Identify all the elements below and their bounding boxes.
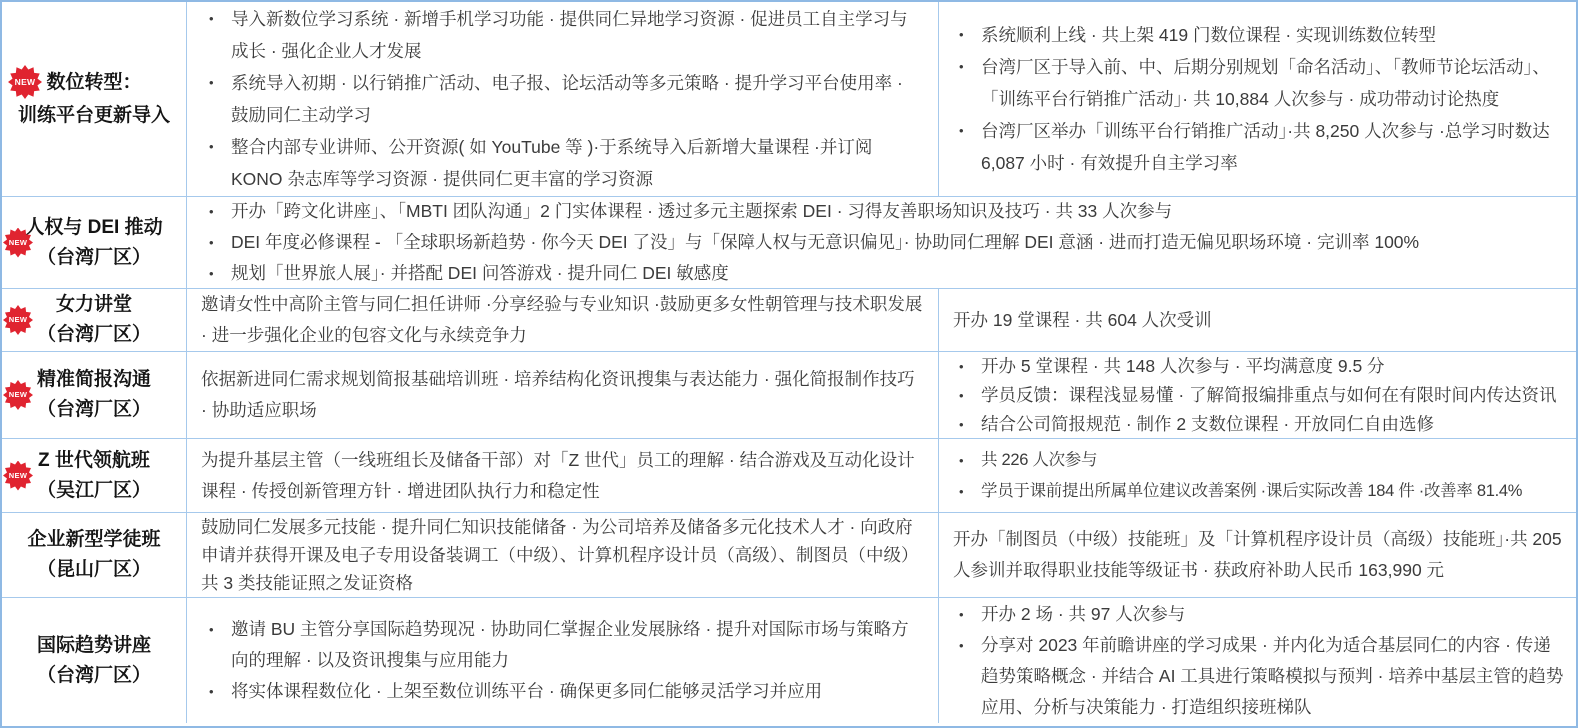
new-badge: NEW: [3, 305, 33, 335]
new-badge-label: NEW: [15, 66, 36, 99]
table-row: NEW 数位转型： 训练平台更新导入 导入新数位学习系统 · 新增手机学习功能 …: [2, 2, 1576, 196]
program-description-cell: 邀请女性中高阶主管与同仁担任讲师 ·分享经验与专业知识 ·鼓励更多女性朝管理与技…: [186, 289, 938, 351]
bullet-item: 将实体课程数位化 · 上架至数位训练平台 · 确保更多同仁能够灵活学习并应用: [199, 676, 924, 707]
bullet-item: 开办「跨文化讲座」、「MBTI 团队沟通」2 门实体课程 · 透过多元主题探索 …: [199, 197, 1562, 227]
program-name-cell: NEW 人权与 DEI 推动 （台湾厂区）: [2, 197, 186, 288]
program-title-line: 精准简报沟通: [37, 365, 151, 395]
bullet-item: 开办 2 场 · 共 97 人次参与: [951, 599, 1564, 630]
program-results-cell: 系统顺利上线 · 共上架 419 门数位课程 · 实现训练数位转型台湾厂区于导入…: [938, 2, 1576, 196]
program-title-line: 数位转型：: [46, 66, 141, 99]
program-name-cell: NEW 女力讲堂 （台湾厂区）: [2, 289, 186, 351]
program-description-cell: 为提升基层主管（一线班组长及储备干部）对「Z 世代」员工的理解 · 结合游戏及互…: [186, 439, 938, 512]
program-title-line: 人权与 DEI 推动: [25, 213, 162, 243]
bullet-item: DEI 年度必修课程 - 「全球职场新趋势 · 你今天 DEI 了没」与「保障人…: [199, 227, 1562, 258]
program-title-line: 训练平台更新导入: [18, 99, 170, 132]
table-row: NEW 精准简报沟通 （台湾厂区） 依据新进同仁需求规划简报基础培训班 · 培养…: [2, 351, 1576, 438]
bullet-item: 整合内部专业讲师、公开资源( 如 YouTube 等 )·于系统导入后新增大量课…: [199, 131, 924, 195]
program-description-cell: 开办「跨文化讲座」、「MBTI 团队沟通」2 门实体课程 · 透过多元主题探索 …: [186, 197, 1576, 288]
program-title-line: （台湾厂区）: [37, 395, 151, 425]
results-text: 开办「制图员（中级）技能班」及「计算机程序设计员（高级）技能班」·共 205 人…: [951, 524, 1564, 586]
description-text: 为提升基层主管（一线班组长及储备干部）对「Z 世代」员工的理解 · 结合游戏及互…: [199, 445, 924, 507]
bullet-item: 共 226 人次参与: [951, 445, 1564, 476]
bullet-item: 学员于课前提出所属单位建议改善案例 ·课后实际改善 184 件 ·改善率 81.…: [951, 476, 1564, 507]
new-badge: NEW: [3, 380, 33, 410]
bullet-item: 台湾厂区于导入前、中、后期分别规划「命名活动」、「教师节论坛活动」、「训练平台行…: [951, 51, 1564, 115]
new-badge-label: NEW: [9, 305, 27, 335]
program-description-cell: 依据新进同仁需求规划简报基础培训班 · 培养结构化资讯搜集与表达能力 · 强化简…: [186, 352, 938, 438]
new-badge-label: NEW: [9, 228, 27, 258]
new-badge-label: NEW: [9, 461, 27, 491]
program-results-cell: 开办 2 场 · 共 97 人次参与分享对 2023 年前瞻讲座的学习成果 · …: [938, 598, 1576, 723]
program-results-cell: 开办 19 堂课程 · 共 604 人次受训: [938, 289, 1576, 351]
bullet-item: 系统导入初期 · 以行销推广活动、电子报、论坛活动等多元策略 · 提升学习平台使…: [199, 67, 924, 131]
bullet-item: 分享对 2023 年前瞻讲座的学习成果 · 并内化为适合基层同仁的内容 · 传递…: [951, 630, 1564, 723]
table-row: 国际趋势讲座 （台湾厂区） 邀请 BU 主管分享国际趋势现况 · 协助同仁掌握企…: [2, 597, 1576, 723]
bullet-item: 开办 5 堂课程 · 共 148 人次参与 · 平均满意度 9.5 分: [951, 352, 1564, 381]
new-badge: NEW: [3, 461, 33, 491]
bullet-item: 规划「世界旅人展」· 并搭配 DEI 问答游戏 · 提升同仁 DEI 敏感度: [199, 258, 1562, 288]
bullet-item: 学员反馈：课程浅显易懂 · 了解简报编排重点与如何在有限时间内传达资讯: [951, 381, 1564, 410]
program-title-line: （台湾厂区）: [37, 320, 151, 350]
description-text: 依据新进同仁需求规划简报基础培训班 · 培养结构化资讯搜集与表达能力 · 强化简…: [199, 364, 924, 426]
program-title-line: （昆山厂区）: [37, 555, 151, 585]
table-row: NEW 人权与 DEI 推动 （台湾厂区） 开办「跨文化讲座」、「MBTI 团队…: [2, 196, 1576, 288]
bullet-item: 结合公司简报规范 · 制作 2 支数位课程 · 开放同仁自由选修: [951, 410, 1564, 439]
program-name-cell: NEW 数位转型： 训练平台更新导入: [2, 2, 186, 196]
program-name-cell: 国际趋势讲座 （台湾厂区）: [2, 598, 186, 723]
table-row: NEW Z 世代领航班 （吴江厂区） 为提升基层主管（一线班组长及储备干部）对「…: [2, 438, 1576, 512]
bullet-item: 台湾厂区举办「训练平台行销推广活动」·共 8,250 人次参与 ·总学习时数达 …: [951, 115, 1564, 179]
table-row: NEW 女力讲堂 （台湾厂区） 邀请女性中高阶主管与同仁担任讲师 ·分享经验与专…: [2, 288, 1576, 351]
new-badge: NEW: [8, 65, 42, 99]
bullet-item: 导入新数位学习系统 · 新增手机学习功能 · 提供同仁异地学习资源 · 促进员工…: [199, 3, 924, 67]
description-text: 鼓励同仁发展多元技能 · 提升同仁知识技能储备 · 为公司培养及储备多元化技术人…: [199, 513, 924, 597]
results-text: 开办 19 堂课程 · 共 604 人次受训: [951, 305, 1564, 336]
new-badge-label: NEW: [9, 380, 27, 410]
program-results-cell: 共 226 人次参与学员于课前提出所属单位建议改善案例 ·课后实际改善 184 …: [938, 439, 1576, 512]
program-title-line: （吴江厂区）: [37, 476, 151, 506]
program-title-line: 女力讲堂: [56, 290, 132, 320]
program-name-cell: NEW 精准简报沟通 （台湾厂区）: [2, 352, 186, 438]
program-description-cell: 鼓励同仁发展多元技能 · 提升同仁知识技能储备 · 为公司培养及储备多元化技术人…: [186, 513, 938, 597]
program-name-cell: NEW Z 世代领航班 （吴江厂区）: [2, 439, 186, 512]
program-name-cell: 企业新型学徒班 （昆山厂区）: [2, 513, 186, 597]
bullet-item: 邀请 BU 主管分享国际趋势现况 · 协助同仁掌握企业发展脉络 · 提升对国际市…: [199, 614, 924, 676]
program-title-line: Z 世代领航班: [38, 446, 150, 476]
description-text: 邀请女性中高阶主管与同仁担任讲师 ·分享经验与专业知识 ·鼓励更多女性朝管理与技…: [199, 289, 924, 351]
program-title-line: 企业新型学徒班: [27, 525, 160, 555]
program-title-line: （台湾厂区）: [37, 243, 151, 273]
bullet-item: 系统顺利上线 · 共上架 419 门数位课程 · 实现训练数位转型: [951, 19, 1564, 51]
program-results-cell: 开办 5 堂课程 · 共 148 人次参与 · 平均满意度 9.5 分学员反馈：…: [938, 352, 1576, 438]
table-row: 企业新型学徒班 （昆山厂区） 鼓励同仁发展多元技能 · 提升同仁知识技能储备 ·…: [2, 512, 1576, 597]
program-description-cell: 导入新数位学习系统 · 新增手机学习功能 · 提供同仁异地学习资源 · 促进员工…: [186, 2, 938, 196]
program-title-line: 国际趋势讲座: [37, 631, 151, 661]
training-programs-table: NEW 数位转型： 训练平台更新导入 导入新数位学习系统 · 新增手机学习功能 …: [0, 0, 1578, 728]
program-description-cell: 邀请 BU 主管分享国际趋势现况 · 协助同仁掌握企业发展脉络 · 提升对国际市…: [186, 598, 938, 723]
program-title-line: （台湾厂区）: [37, 661, 151, 691]
program-results-cell: 开办「制图员（中级）技能班」及「计算机程序设计员（高级）技能班」·共 205 人…: [938, 513, 1576, 597]
